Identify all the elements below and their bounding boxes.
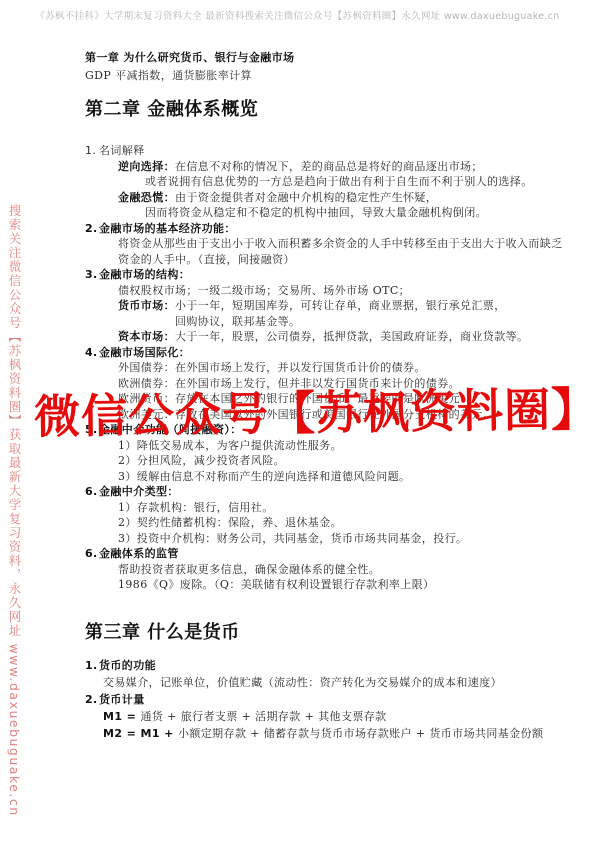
doc-line: 1986《Q》废除。（Q：美联储有权利设置银行存款利率上限） xyxy=(85,577,563,593)
doc-line: 或者说拥有信息优势的一方总是趋向于做出有利于自生而不利于别人的选择。 xyxy=(85,174,563,190)
text-segment: 欧洲货币：存放在本国之外的银行的外国货币。最重要的是欧洲美元 xyxy=(118,392,460,405)
text-segment: 资金的人手中。（直接，间接融资） xyxy=(118,253,295,266)
text-segment: M1 = xyxy=(103,710,140,723)
doc-line: 将资金从那些由于支出小于收入而积蓄多余资金的人手中转移至由于支出大于收入而缺乏 xyxy=(85,236,563,252)
text-segment: 1）降低交易成本，为客户提供流动性服务。 xyxy=(118,439,342,452)
text-segment: 2）契约性储蓄机构：保险，养、退休基金。 xyxy=(118,516,342,529)
text-segment: 欧洲美元：存放在美国以外的外国银行或美国银行在外国分支机构的美元。 xyxy=(118,408,494,421)
line-number: 2. xyxy=(85,691,99,708)
text-segment: 因而将资金从稳定和不稳定的机构中抽回，导致大量金融机构倒闭。 xyxy=(145,206,487,219)
text-segment: 金融市场的结构： xyxy=(99,268,190,281)
doc-line: 回购协议，联邦基金等。 xyxy=(85,314,563,330)
text-segment: 1）存款机构：银行，信用社。 xyxy=(118,501,274,514)
text-segment: 3）缓解由信息不对称而产生的逆向选择和道德风险问题。 xyxy=(118,470,410,483)
doc-line: 4.金融市场国际化： xyxy=(85,345,563,361)
document-page: 《苏枫不挂科》大学期末复习资料大全 最新资料搜索关注微信公众号【苏枫资料圈】永久… xyxy=(0,0,595,842)
text-segment: 通货 + 旅行者支票 + 活期存款 + 其他支票存款 xyxy=(140,710,386,723)
text-segment: 帮助投资者获取更多信息，确保金融体系的健全性。 xyxy=(118,563,380,576)
doc-line: 逆向选择：在信息不对称的情况下，差的商品总是将好的商品逐出市场； xyxy=(85,159,563,175)
chapter-title: 第三章 什么是货币 xyxy=(85,620,563,646)
chapter: 第三章 什么是货币1.货币的功能交易媒介，记账单位，价值贮藏（流动性：资产转化为… xyxy=(85,620,563,742)
doc-line: 外国债券：在外国市场上发行，并以发行国货币计价的债券。 xyxy=(85,360,563,376)
text-segment: 在信息不对称的情况下，差的商品总是将好的商品逐出市场； xyxy=(175,160,483,173)
text-segment: 回购协议，联邦基金等。 xyxy=(175,315,300,328)
text-segment: 1986《Q》废除。（Q：美联储有权利设置银行存款利率上限） xyxy=(118,578,435,591)
text-segment: 欧洲债券：在外国市场上发行，但并非以发行国货币来计价的债券。 xyxy=(118,377,460,390)
text-segment: 货币市场： xyxy=(118,299,175,312)
doc-line: 3.金融市场的结构： xyxy=(85,267,563,283)
doc-line: M2 = M1 + 小额定期存款 + 储蓄存款与货币市场存款账户 + 货币市场共… xyxy=(85,725,563,742)
line-number: 6. xyxy=(85,484,99,500)
text-segment: 由于资金提供者对金融中介机构的稳定性产生怀疑， xyxy=(175,191,437,204)
text-segment: 资本市场： xyxy=(118,330,175,343)
doc-line: 3）缓解由信息不对称而产生的逆向选择和道德风险问题。 xyxy=(85,469,563,485)
text-segment: 金融中介功能（间接融资）： xyxy=(99,423,242,436)
text-segment: 或者说拥有信息优势的一方总是趋向于做出有利于自生而不利于别人的选择。 xyxy=(145,175,533,188)
page-header-note: 《苏枫不挂科》大学期末复习资料大全 最新资料搜索关注微信公众号【苏枫资料圈】永久… xyxy=(0,8,595,22)
doc-line: 资金的人手中。（直接，间接融资） xyxy=(85,252,563,268)
line-number: 5. xyxy=(85,422,99,438)
doc-line: 6.金融中介类型： xyxy=(85,484,563,500)
text-segment: 债权股权市场；一级二级市场；交易所、场外市场 OTC； xyxy=(118,284,410,297)
doc-line: 3）投资中介机构：财务公司，共同基金，货币市场共同基金，投行。 xyxy=(85,531,563,547)
line-number: 2. xyxy=(85,221,99,237)
side-vertical-note: 搜索关注微信公众号【苏枫资料圈】获取最新大学复习资料，永久网址 www.daxu… xyxy=(5,204,23,817)
text-segment: GDP 平减指数，通货膨胀率计算 xyxy=(85,69,252,82)
doc-line: 1.货币的功能 xyxy=(85,657,563,674)
intro-block: 第一章 为什么研究货币、银行与金融市场GDP 平减指数，通货膨胀率计算 xyxy=(85,49,563,84)
doc-line: 1）降低交易成本，为客户提供流动性服务。 xyxy=(85,438,563,454)
doc-line: 因而将资金从稳定和不稳定的机构中抽回，导致大量金融机构倒闭。 xyxy=(85,205,563,221)
document-body: 第一章 为什么研究货币、银行与金融市场GDP 平减指数，通货膨胀率计算第二章 金… xyxy=(85,49,563,742)
doc-line: 债权股权市场；一级二级市场；交易所、场外市场 OTC； xyxy=(85,283,563,299)
doc-line: 5.金融中介功能（间接融资）： xyxy=(85,422,563,438)
doc-line: 资本市场：大于一年，股票，公司债券，抵押贷款，美国政府证券，商业贷款等。 xyxy=(85,329,563,345)
line-number: 4. xyxy=(85,345,99,361)
doc-line: 1）存款机构：银行，信用社。 xyxy=(85,500,563,516)
doc-line: 6.金融体系的监管 xyxy=(85,546,563,562)
text-segment: M2 = M1 + xyxy=(103,727,178,740)
chapter-title: 第二章 金融体系概览 xyxy=(85,97,563,123)
text-segment: 第一章 为什么研究货币、银行与金融市场 xyxy=(85,51,294,64)
text-segment: 金融市场国际化： xyxy=(99,346,190,359)
doc-line: 2.金融市场的基本经济功能： xyxy=(85,221,563,237)
line-number: 3. xyxy=(85,267,99,283)
line-number: 1. xyxy=(85,657,99,674)
text-segment: 金融中介类型： xyxy=(99,485,179,498)
text-segment: 3）投资中介机构：财务公司，共同基金，货币市场共同基金，投行。 xyxy=(118,532,467,545)
doc-line: 帮助投资者获取更多信息，确保金融体系的健全性。 xyxy=(85,562,563,578)
doc-line: GDP 平减指数，通货膨胀率计算 xyxy=(85,67,563,85)
chapter: 第二章 金融体系概览1.名词解释逆向选择：在信息不对称的情况下，差的商品总是将好… xyxy=(85,97,563,593)
doc-line: 2.货币计量 xyxy=(85,691,563,708)
line-number: 6. xyxy=(85,546,99,562)
doc-line: 第一章 为什么研究货币、银行与金融市场 xyxy=(85,49,563,67)
doc-line: M1 = 通货 + 旅行者支票 + 活期存款 + 其他支票存款 xyxy=(85,708,563,725)
doc-line: 货币市场：小于一年，短期国库券，可转让存单，商业票据，银行承兑汇票， xyxy=(85,298,563,314)
doc-line: 欧洲美元：存放在美国以外的外国银行或美国银行在外国分支机构的美元。 xyxy=(85,407,563,423)
doc-line: 金融恐慌：由于资金提供者对金融中介机构的稳定性产生怀疑， xyxy=(85,190,563,206)
text-segment: 大于一年，股票，公司债券，抵押贷款，美国政府证券，商业贷款等。 xyxy=(175,330,528,343)
text-segment: 外国债券：在外国市场上发行，并以发行国货币计价的债券。 xyxy=(118,361,426,374)
doc-line: 2）分担风险，减少投资者风险。 xyxy=(85,453,563,469)
text-segment: 小额定期存款 + 储蓄存款与货币市场存款账户 + 货币市场共同基金份额 xyxy=(178,727,543,740)
text-segment: 交易媒介，记账单位，价值贮藏（流动性：资产转化为交易媒介的成本和速度） xyxy=(103,676,502,689)
text-segment: 金融市场的基本经济功能： xyxy=(99,222,236,235)
text-segment: 名词解释 xyxy=(99,144,145,157)
text-segment: 2）分担风险，减少投资者风险。 xyxy=(118,454,285,467)
text-segment: 小于一年，短期国库券，可转让存单，商业票据，银行承兑汇票， xyxy=(175,299,506,312)
text-segment: 逆向选择： xyxy=(118,160,175,173)
doc-line: 欧洲货币：存放在本国之外的银行的外国货币。最重要的是欧洲美元 xyxy=(85,391,563,407)
doc-line: 交易媒介，记账单位，价值贮藏（流动性：资产转化为交易媒介的成本和速度） xyxy=(85,674,563,691)
doc-line: 2）契约性储蓄机构：保险，养、退休基金。 xyxy=(85,515,563,531)
doc-line: 1.名词解释 xyxy=(85,143,563,159)
line-number: 1. xyxy=(85,143,99,159)
text-segment: 金融体系的监管 xyxy=(99,547,179,560)
text-segment: 将资金从那些由于支出小于收入而积蓄多余资金的人手中转移至由于支出大于收入而缺乏 xyxy=(118,237,563,250)
doc-line: 欧洲债券：在外国市场上发行，但并非以发行国货币来计价的债券。 xyxy=(85,376,563,392)
text-segment: 金融恐慌： xyxy=(118,191,175,204)
text-segment: 货币计量 xyxy=(99,693,145,706)
text-segment: 货币的功能 xyxy=(99,659,156,672)
